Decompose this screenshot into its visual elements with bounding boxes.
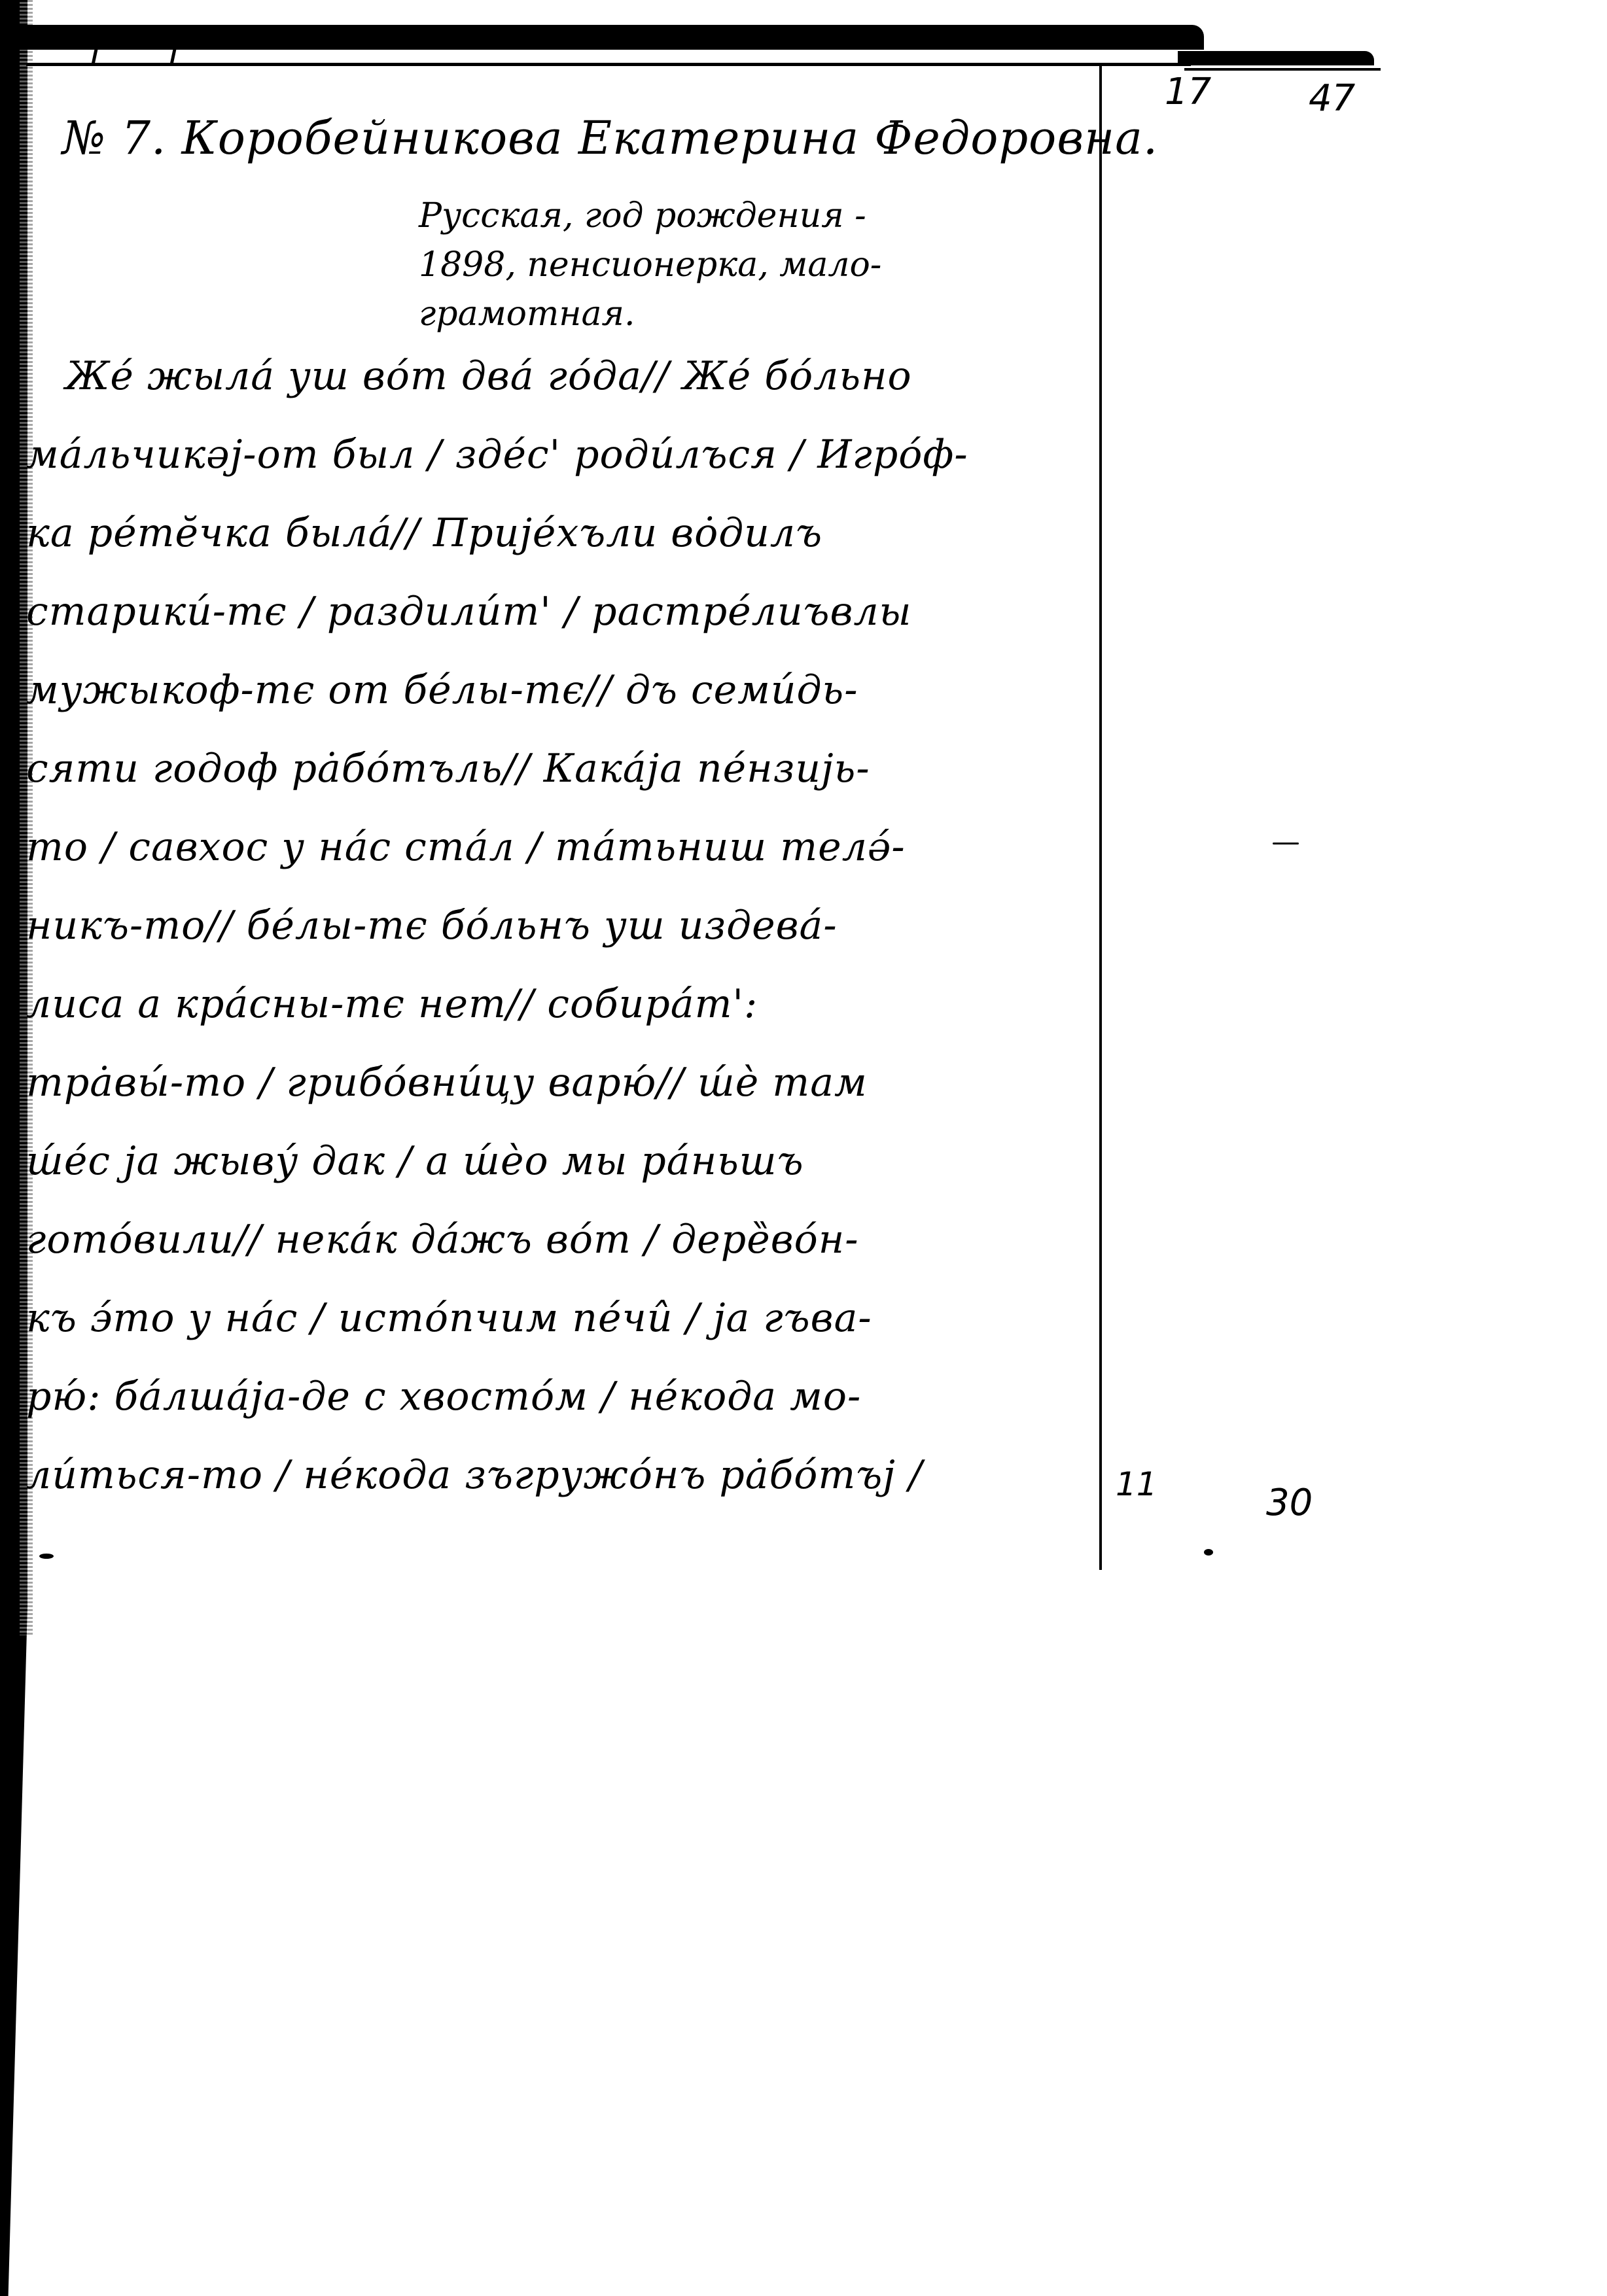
page-number-bottom-outer: 30 xyxy=(1266,1482,1313,1524)
transcript-line: старикú-тє / раздилúт' / растрéлиъвлы xyxy=(26,589,912,635)
transcript-line: къ э́то у нáс / истóпчим пéчи̂ / ja гъва… xyxy=(26,1295,872,1341)
page-number-bottom-inner: 11 xyxy=(1116,1465,1157,1503)
ink-speck xyxy=(1204,1549,1213,1556)
transcript-line: лúться-то / нéкода зъгружóнъ рȧбóтъj / xyxy=(26,1452,923,1498)
page-number-outer: 47 xyxy=(1309,77,1355,120)
top-dark-band xyxy=(13,25,1204,50)
margin-line xyxy=(1099,65,1102,1570)
document-title: № 7. Коробейникова Екатерина Федоровна. xyxy=(62,111,1158,165)
informant-info-line: 1898, пенсионерка, мало- xyxy=(419,245,881,285)
transcript-line: ка рéтӗчка былá// Приjéхъли вȯдилъ xyxy=(26,510,822,556)
transcript-line: никъ-то// бéлы-тє бóльнъ уш издевá- xyxy=(26,903,838,948)
top-tick-mark xyxy=(92,50,98,64)
scanned-page: 17 47 № 7. Коробейникова Екатерина Федор… xyxy=(0,0,1607,2296)
page-number-inner: 17 xyxy=(1165,71,1211,113)
transcript-line: мужыкоф-тє от бéлы-тє// дъ семúдь- xyxy=(26,667,858,713)
transcript-line: ш́éс ja жыву́ дак / а ш́ѐо мы рáньшъ xyxy=(26,1138,804,1184)
transcript-line: лиса а крáсны-тє нет// собирáт': xyxy=(26,981,758,1027)
ink-speck xyxy=(39,1554,54,1559)
informant-info-line: грамотная. xyxy=(419,294,635,334)
top-rule-right xyxy=(1184,68,1381,71)
transcript-line: рю́: бáлшájа-де с хвостóм / нéкода мо- xyxy=(26,1374,861,1419)
ink-mark xyxy=(1273,843,1299,844)
transcript-line: трȧвы́-то / грибóвнúцу варю́// ш́ѐ там xyxy=(26,1060,868,1105)
transcript-line: мáльчикǝj-от был / здéс' родúлъся / Игрó… xyxy=(26,432,968,478)
top-rule xyxy=(26,63,1191,66)
transcript-line: готóвили// некáк дáжъ вóт / дерȅвóн- xyxy=(26,1217,859,1262)
transcript-line: Жé жылá уш вóт двá гóда// Жé бóльно xyxy=(65,353,912,399)
top-tick-mark xyxy=(170,50,177,64)
transcript-line: то / савхос у нáс стáл / тáтьниш телǝ́- xyxy=(26,824,906,870)
informant-info-line: Русская, год рождения - xyxy=(419,196,866,235)
transcript-line: сяти годоф рȧбóтъль// Какájа пéнзujь- xyxy=(26,746,870,791)
top-dark-band-step xyxy=(1178,51,1374,65)
